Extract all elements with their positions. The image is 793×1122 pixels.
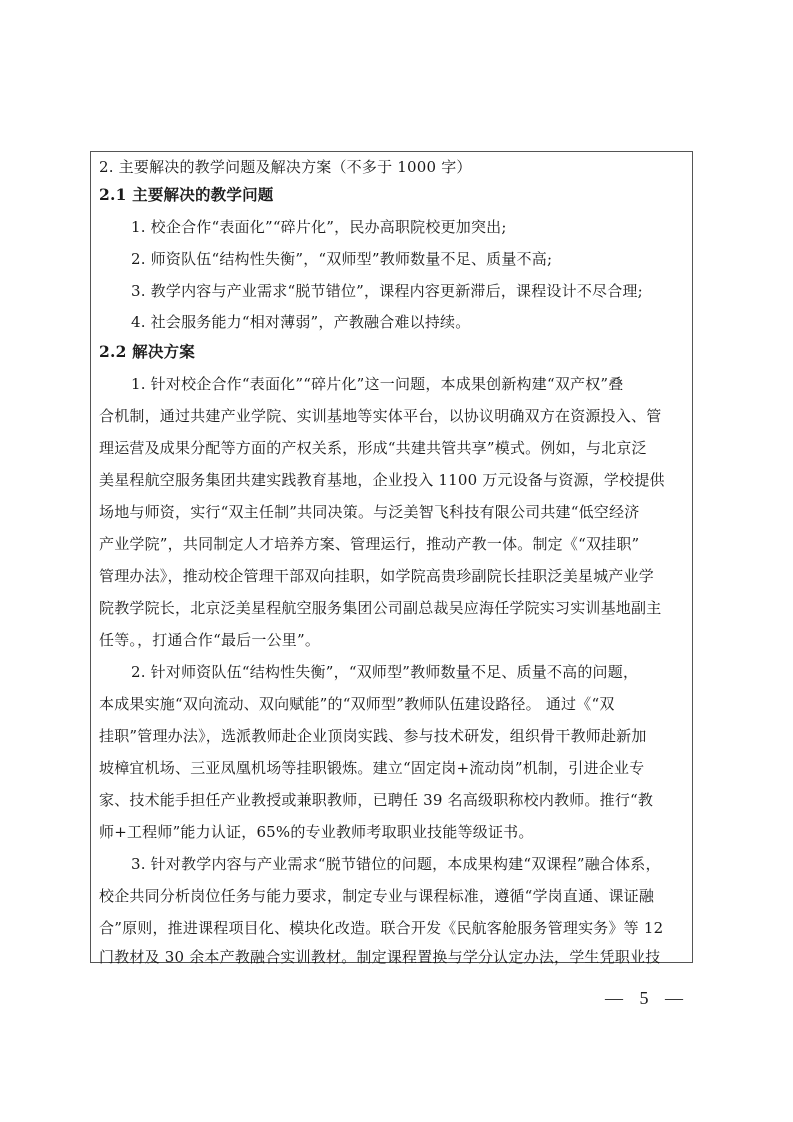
solution-line: 合机制，通过共建产业学院、实训基地等实体平台，以协议明确双方在资源投入、管: [99, 406, 661, 426]
problem-item: 3. 教学内容与产业需求“脱节错位”，课程内容更新滞后，课程设计不尽合理;: [131, 281, 643, 301]
solution-line: 理运营及成果分配等方面的产权关系，形成“共建共管共享”模式。例如，与北京泛: [99, 438, 647, 458]
content-frame: 2. 主要解决的教学问题及解决方案（不多于 1000 字） 2.1 主要解决的教…: [90, 151, 693, 963]
solution-line: 校企共同分析岗位任务与能力要求，制定专业与课程标准，遵循“学岗直通、课证融: [99, 886, 654, 906]
problem-item: 2. 师资队伍“结构性失衡”，“双师型”教师数量不足、质量不高;: [131, 249, 552, 269]
section-title: 2. 主要解决的教学问题及解决方案（不多于 1000 字）: [99, 157, 472, 177]
solution-line: 1. 针对校企合作“表面化”“碎片化”这一问题，本成果创新构建“双产权”叠: [131, 374, 624, 394]
solution-line: 院教学院长，北京泛美星程航空服务集团公司副总裁吴应海任学院实习实训基地副主: [99, 598, 661, 618]
solution-line: 场地与师资，实行“双主任制”共同决策。与泛美智飞科技有限公司共建“低空经济: [99, 502, 639, 522]
solution-line: 3. 针对教学内容与产业需求“脱节错位的问题，本成果构建“双课程”融合体系，: [131, 854, 661, 874]
subheading-problems: 2.1 主要解决的教学问题: [99, 185, 273, 205]
solution-line: 本成果实施“双向流动、双向赋能”的“双师型”教师队伍建设路径。 通过《“双: [99, 694, 615, 714]
problem-item: 1. 校企合作“表面化”“碎片化”，民办高职院校更加突出;: [131, 217, 507, 237]
solution-line: 合”原则，推进课程项目化、模块化改造。联合开发《民航客舱服务管理实务》等 12: [99, 918, 663, 938]
solution-line: 坡樟宜机场、三亚凤凰机场等挂职锻炼。建立“固定岗+流动岗”机制，引进企业专: [99, 758, 644, 778]
page-number: — 5 —: [605, 988, 689, 1009]
solution-line: 2. 针对师资队伍“结构性失衡”，“双师型”教师数量不足、质量不高的问题，: [131, 662, 638, 682]
subheading-solutions: 2.2 解决方案: [99, 342, 195, 362]
solution-line: 挂职”管理办法》，选派教师赴企业顶岗实践、参与技术研发，组织骨干教师赴新加: [99, 726, 647, 746]
solution-line: 师+工程师”能力认证，65%的专业教师考取职业技能等级证书。: [99, 822, 534, 842]
solution-line: 家、技术能手担任产业教授或兼职教师，已聘任 39 名高级职称校内教师。推行“教: [99, 790, 653, 810]
solution-line: 美星程航空服务集团共建实践教育基地，企业投入 1100 万元设备与资源，学校提供: [99, 470, 665, 490]
solution-line: 管理办法》，推动校企管理干部双向挂职，如学院高贵珍副院长挂职泛美星城产业学: [99, 566, 654, 586]
problem-item: 4. 社会服务能力“相对薄弱”，产教融合难以持续。: [131, 312, 470, 332]
solution-line: 任等。，打通合作“最后一公里”。: [99, 630, 320, 650]
solution-line: 门教材及 30 余本产教融合实训教材。制定课程置换与学分认定办法，学生凭职业技: [99, 947, 660, 967]
solution-line: 产业学院”，共同制定人才培养方案、管理运行，推动产教一体。制定《“双挂职”: [99, 534, 639, 554]
